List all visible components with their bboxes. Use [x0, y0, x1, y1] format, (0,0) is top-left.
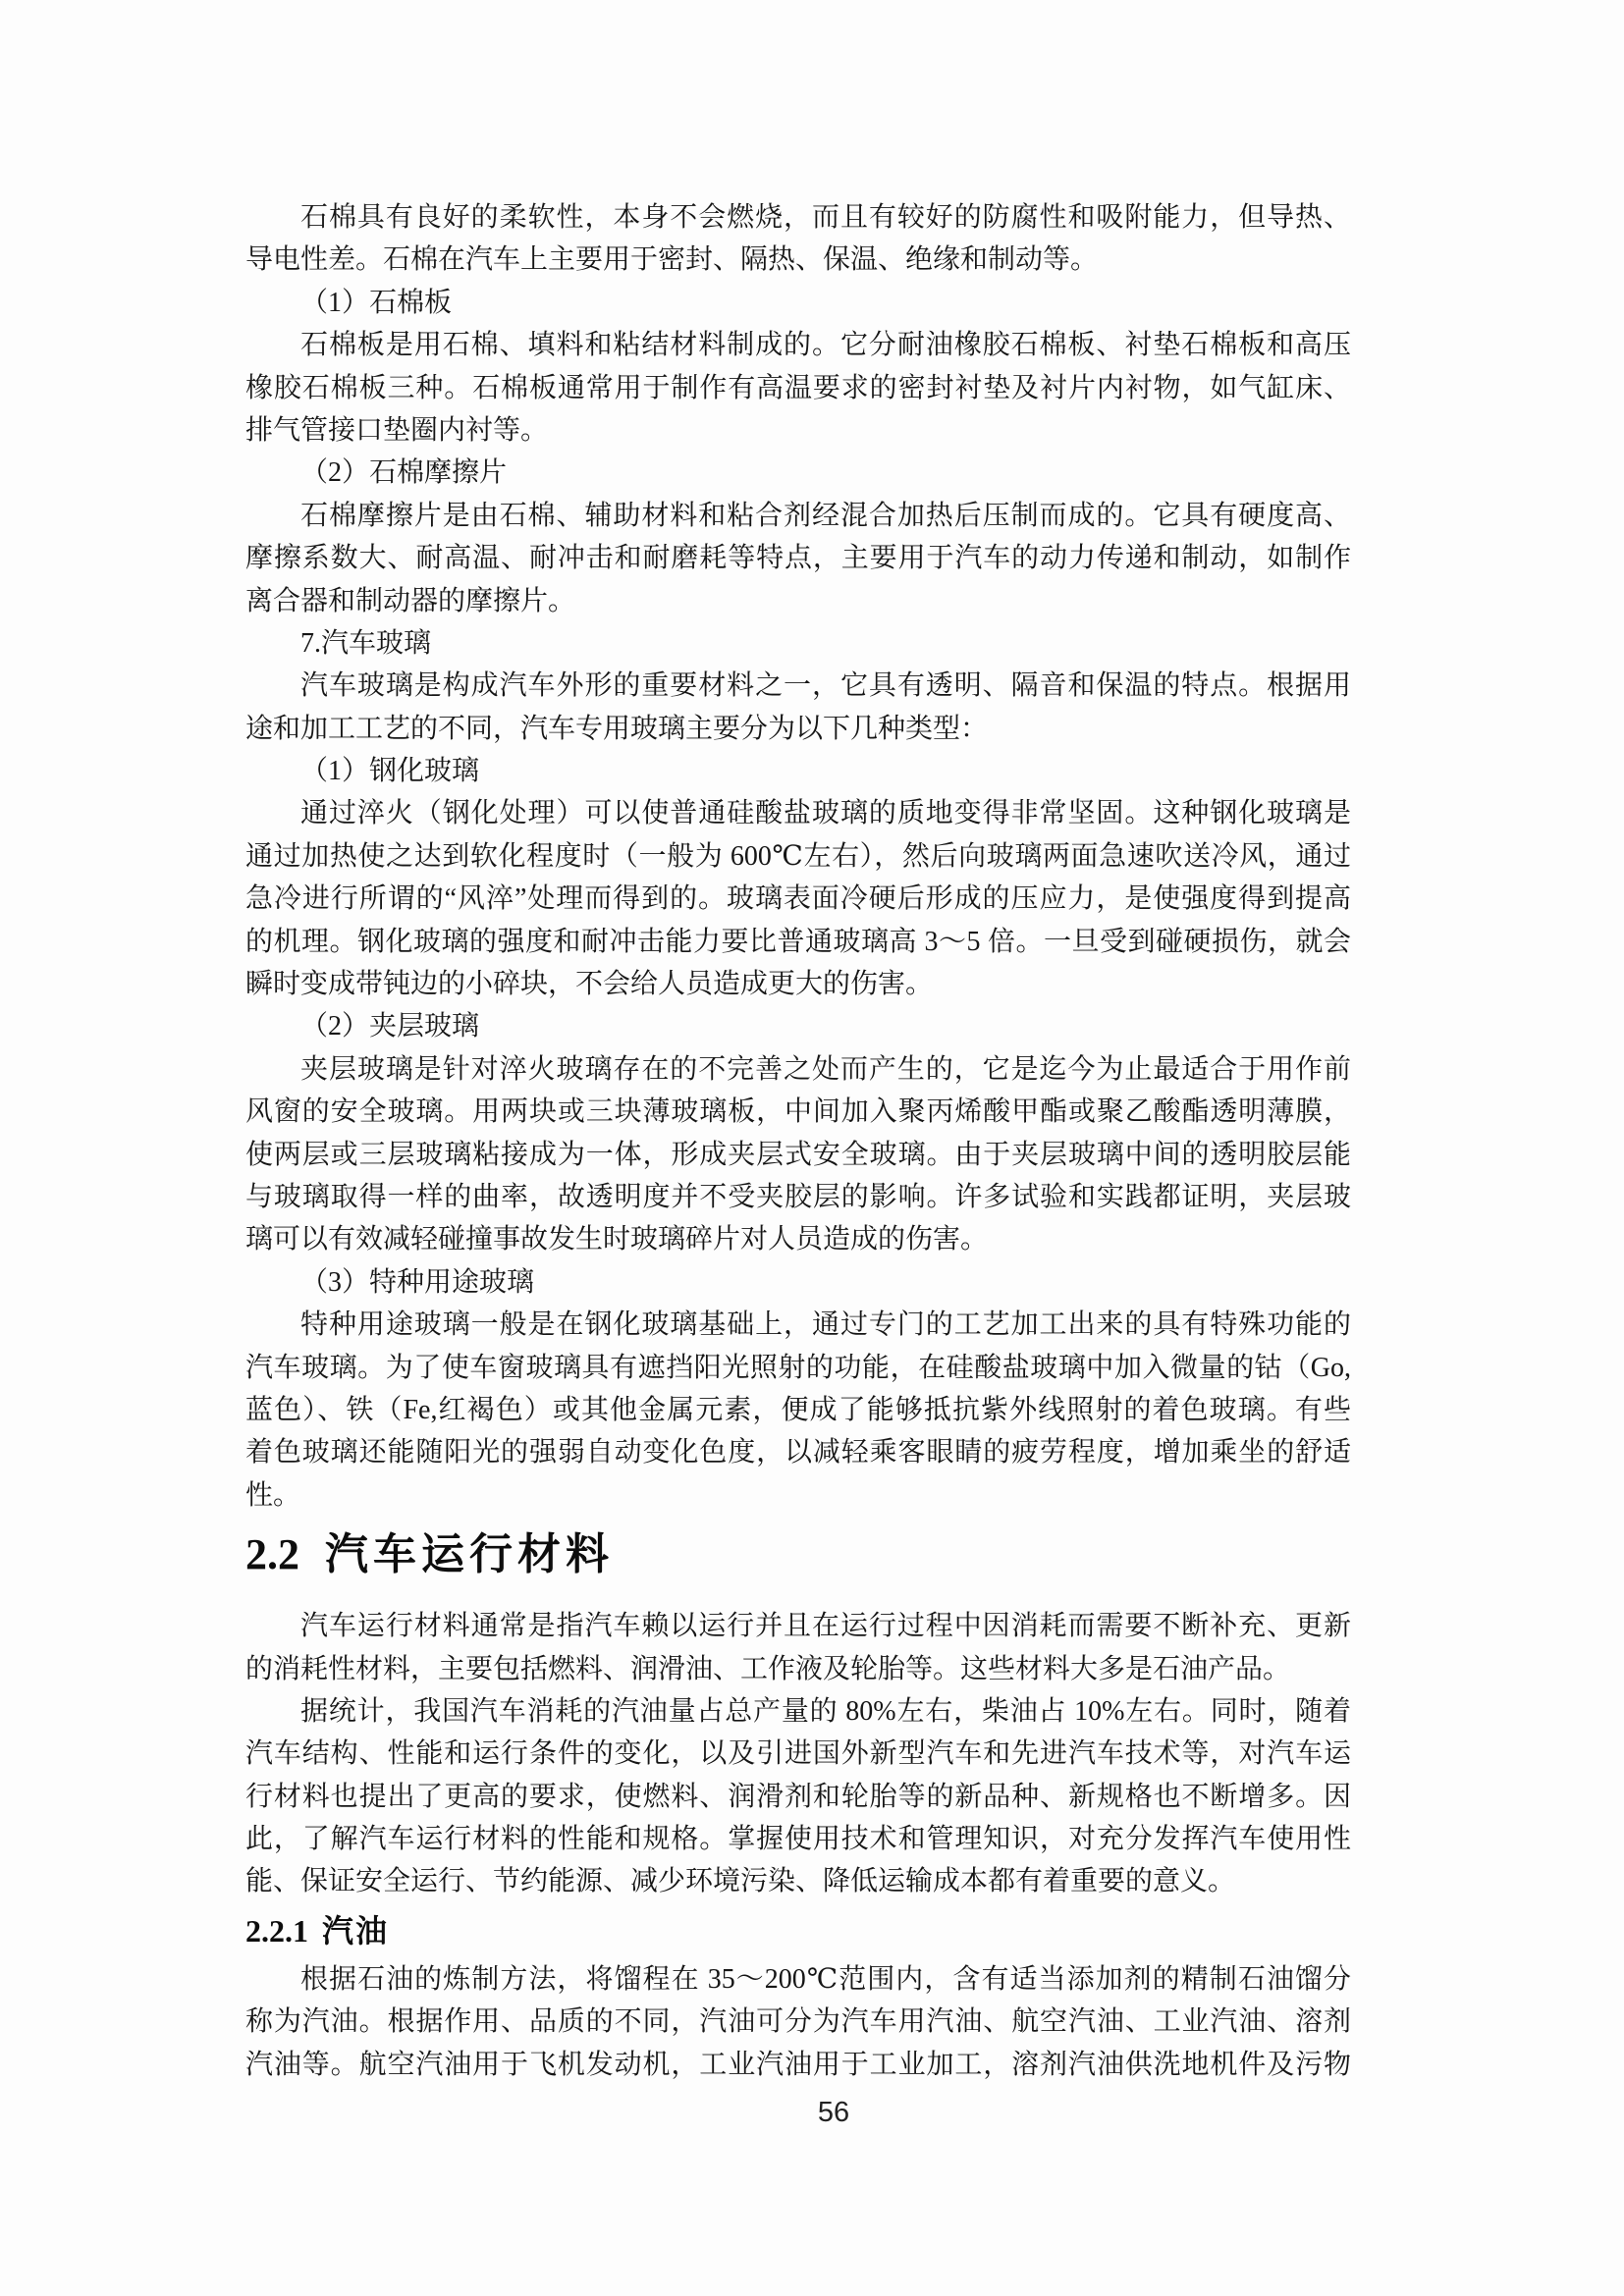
- text-line: 根据石油的炼制方法，将馏程在 35～200℃范围内，含有适当添加剂的精制石油馏分: [245, 1958, 1351, 2001]
- text-line: 途和加工工艺的不同，汽车专用玻璃主要分为以下几种类型：: [245, 708, 1351, 750]
- text-line: 的机理。钢化玻璃的强度和耐冲击能力要比普通玻璃高 3～5 倍。一旦受到碰硬损伤，…: [245, 921, 1351, 963]
- text-line: 排气管接口垫圈内衬等。: [245, 409, 1351, 452]
- section-heading: 2.2汽车运行材料: [245, 1524, 1351, 1585]
- text-line: 特种用途玻璃一般是在钢化玻璃基础上，通过专门的工艺加工出来的具有特殊功能的: [245, 1304, 1351, 1346]
- text-line: 汽车结构、性能和运行条件的变化，以及引进国外新型汽车和先进汽车技术等，对汽车运: [245, 1733, 1351, 1775]
- text-line: 瞬时变成带钝边的小碎块，不会给人员造成更大的伤害。: [245, 963, 1351, 1005]
- text-line: 石棉板是用石棉、填料和粘结材料制成的。它分耐油橡胶石棉板、衬垫石棉板和高压: [245, 324, 1351, 366]
- heading-number: 2.2: [245, 1530, 299, 1578]
- text-line: 的消耗性材料，主要包括燃料、润滑油、工作液及轮胎等。这些材料大多是石油产品。: [245, 1648, 1351, 1690]
- page-number: 56: [281, 2093, 1386, 2132]
- text-line: 能、保证安全运行、节约能源、减少环境污染、降低运输成本都有着重要的意义。: [245, 1860, 1351, 1902]
- text-line: 汽车玻璃。为了使车窗玻璃具有遮挡阳光照射的功能，在硅酸盐玻璃中加入微量的钴（Go…: [245, 1347, 1351, 1389]
- text-line: 汽车运行材料通常是指汽车赖以运行并且在运行过程中因消耗而需要不断补充、更新: [245, 1605, 1351, 1647]
- text-line: 7.汽车玻璃: [245, 622, 1351, 665]
- text-line: 急冷进行所谓的“风淬”处理而得到的。玻璃表面冷硬后形成的压应力，是使强度得到提高: [245, 878, 1351, 920]
- text-line: 称为汽油。根据作用、品质的不同，汽油可分为汽车用汽油、航空汽油、工业汽油、溶剂: [245, 2001, 1351, 2043]
- text-line: （3）特种用途玻璃: [245, 1261, 1351, 1304]
- text-line: 摩擦系数大、耐高温、耐冲击和耐磨耗等特点，主要用于汽车的动力传递和制动，如制作: [245, 537, 1351, 579]
- text-line: 通过加热使之达到软化程度时（一般为 600℃左右），然后向玻璃两面急速吹送冷风，…: [245, 835, 1351, 878]
- text-line: 风窗的安全玻璃。用两块或三块薄玻璃板，中间加入聚丙烯酸甲酯或聚乙酸酯透明薄膜，: [245, 1091, 1351, 1133]
- text-line: 石棉摩擦片是由石棉、辅助材料和粘合剂经混合加热后压制而成的。它具有硬度高、: [245, 495, 1351, 537]
- text-line: 离合器和制动器的摩擦片。: [245, 580, 1351, 622]
- text-line: 汽车玻璃是构成汽车外形的重要材料之一，它具有透明、隔音和保温的特点。根据用: [245, 665, 1351, 707]
- text-line: 夹层玻璃是针对淬火玻璃存在的不完善之处而产生的，它是迄今为止最适合于用作前: [245, 1048, 1351, 1091]
- text-line: 与玻璃取得一样的曲率，故透明度并不受夹胶层的影响。许多试验和实践都证明，夹层玻: [245, 1176, 1351, 1218]
- text-line: （2）石棉摩擦片: [245, 452, 1351, 494]
- text-line: 行材料也提出了更高的要求，使燃料、润滑剂和轮胎等的新品种、新规格也不断增多。因: [245, 1776, 1351, 1818]
- text-line: （1）石棉板: [245, 282, 1351, 324]
- page-body: 石棉具有良好的柔软性，本身不会燃烧，而且有较好的防腐性和吸附能力，但导热、导电性…: [245, 196, 1351, 2132]
- text-line: （1）钢化玻璃: [245, 750, 1351, 792]
- heading-number: 2.2.1: [245, 1913, 308, 1949]
- text-line: 橡胶石棉板三种。石棉板通常用于制作有高温要求的密封衬垫及衬片内衬物，如气缸床、: [245, 367, 1351, 409]
- text-line: （2）夹层玻璃: [245, 1005, 1351, 1047]
- document-page: 石棉具有良好的柔软性，本身不会燃烧，而且有较好的防腐性和吸附能力，但导热、导电性…: [0, 0, 1624, 2296]
- text-line: 导电性差。石棉在汽车上主要用于密封、隔热、保温、绝缘和制动等。: [245, 239, 1351, 281]
- heading-title: 汽车运行材料: [325, 1530, 614, 1578]
- text-line: 璃可以有效减轻碰撞事故发生时玻璃碎片对人员造成的伤害。: [245, 1218, 1351, 1260]
- text-line: 汽油等。航空汽油用于飞机发动机，工业汽油用于工业加工，溶剂汽油供洗地机件及污物: [245, 2044, 1351, 2086]
- text-line: 据统计，我国汽车消耗的汽油量占总产量的 80%左右，柴油占 10%左右。同时，随…: [245, 1690, 1351, 1733]
- text-line: 石棉具有良好的柔软性，本身不会燃烧，而且有较好的防腐性和吸附能力，但导热、: [245, 196, 1351, 239]
- text-line: 通过淬火（钢化处理）可以使普通硅酸盐玻璃的质地变得非常坚固。这种钢化玻璃是: [245, 792, 1351, 834]
- text-line: 使两层或三层玻璃粘接成为一体，形成夹层式安全玻璃。由于夹层玻璃中间的透明胶层能: [245, 1134, 1351, 1176]
- subsection-heading: 2.2.1汽油: [245, 1908, 1351, 1953]
- text-line: 蓝色）、铁（Fe,红褐色）或其他金属元素，便成了能够抵抗紫外线照射的着色玻璃。有…: [245, 1389, 1351, 1431]
- heading-title: 汽油: [322, 1913, 389, 1949]
- text-line: 此，了解汽车运行材料的性能和规格。掌握使用技术和管理知识，对充分发挥汽车使用性: [245, 1818, 1351, 1860]
- text-line: 着色玻璃还能随阳光的强弱自动变化色度，以减轻乘客眼睛的疲劳程度，增加乘坐的舒适: [245, 1431, 1351, 1473]
- text-line: 性。: [245, 1474, 1351, 1517]
